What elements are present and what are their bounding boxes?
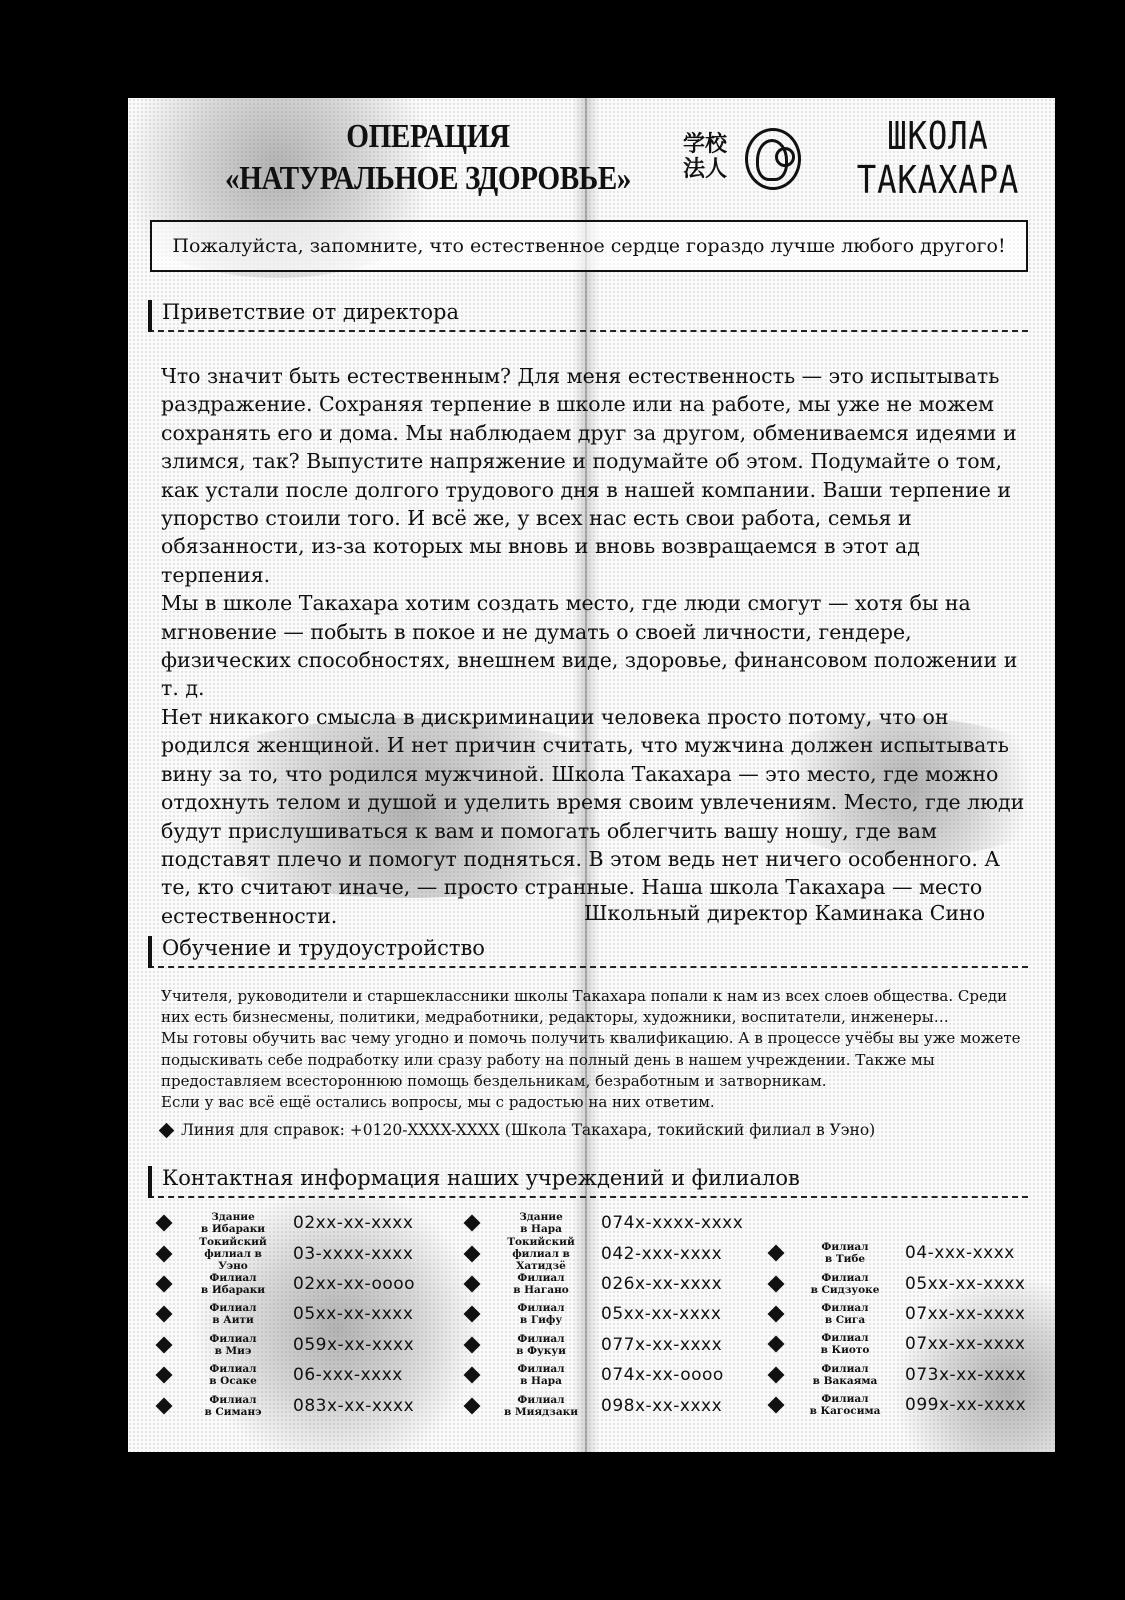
- branch-name: Филиалв Симанэ: [191, 1394, 275, 1418]
- branch-name-line2: в Ибараки: [191, 1284, 275, 1296]
- branch-name-line1: Филиал: [191, 1272, 275, 1284]
- greeting-paragraph: Нет никакого смысла в дискриминации чело…: [161, 703, 1031, 930]
- branch-name-line1: Токийский: [499, 1236, 583, 1248]
- branch-name-line1: Филиал: [803, 1363, 887, 1375]
- branch-name-line2: в Сига: [803, 1314, 887, 1326]
- branch-phone: 098x-xx-xxxx: [601, 1396, 722, 1416]
- branch-phone: 07xx-xx-xxxx: [905, 1304, 1025, 1324]
- branch-name-line1: Филиал: [191, 1302, 275, 1314]
- branch-name-line1: Филиал: [803, 1241, 887, 1253]
- contact-row: Филиалв Сига07xx-xx-xxxx: [762, 1299, 1055, 1329]
- branch-phone: 02xx-xx-oooo: [293, 1274, 415, 1294]
- branch-name-line2: в Миядзаки: [499, 1406, 583, 1418]
- branch-name-line1: Филиал: [803, 1332, 887, 1344]
- diamond-bullet-icon: [156, 1245, 173, 1262]
- branch-phone: 074x-xxxx-xxxx: [601, 1213, 743, 1233]
- branch-name-line1: Филиал: [499, 1394, 583, 1406]
- branch-phone: 04-xxx-xxxx: [905, 1243, 1015, 1263]
- branch-phone: 03-xxxx-xxxx: [293, 1244, 413, 1264]
- greeting-paragraph: Что значит быть естественным? Для меня е…: [161, 362, 1031, 589]
- branch-name: Токийскийфилиал в Уэно: [191, 1236, 275, 1272]
- section-title: Приветствие от директора: [162, 300, 459, 324]
- branch-phone: 074x-xx-oooo: [601, 1365, 724, 1385]
- hotline-text: Линия для справок: +0120-XXXX-XXXX (Школ…: [181, 1121, 875, 1139]
- contact-row: Филиалв Миэ059x-xx-xxxx: [150, 1330, 450, 1360]
- branch-phone: 026x-xx-xxxx: [601, 1274, 722, 1294]
- contacts-column-2: Зданиев Нара074x-xxxx-xxxxТокийскийфилиа…: [458, 1208, 758, 1421]
- branch-name: Филиалв Гифу: [499, 1302, 583, 1326]
- branch-name-line1: Филиал: [499, 1363, 583, 1375]
- contact-row: Филиалв Миядзаки098x-xx-xxxx: [458, 1390, 758, 1420]
- diamond-bullet-icon: [464, 1306, 481, 1323]
- branch-phone: 06-xxx-xxxx: [293, 1365, 403, 1385]
- contact-row: Зданиев Нара074x-xxxx-xxxx: [458, 1208, 758, 1238]
- branch-phone: 059x-xx-xxxx: [293, 1335, 414, 1355]
- contact-row: Филиалв Симанэ083x-xx-xxxx: [150, 1390, 450, 1420]
- contact-row: Зданиев Ибараки02xx-xx-xxxx: [150, 1208, 450, 1238]
- diamond-bullet-icon: [768, 1245, 785, 1262]
- contact-row: Филиалв Аити05xx-xx-xxxx: [150, 1299, 450, 1329]
- branch-phone: 042-xxx-xxxx: [601, 1244, 722, 1264]
- branch-name: Филиалв Миэ: [191, 1333, 275, 1357]
- diamond-bullet-icon: [156, 1215, 173, 1232]
- branch-name: Филиалв Аити: [191, 1302, 275, 1326]
- section-title: Контактная информация наших учреждений и…: [162, 1166, 800, 1190]
- branch-name: Филиалв Фукуи: [499, 1333, 583, 1357]
- diamond-bullet-icon: [768, 1397, 785, 1414]
- diamond-bullet-icon: [156, 1397, 173, 1414]
- branch-name-line1: Филиал: [803, 1272, 887, 1284]
- diamond-bullet-icon: [768, 1275, 785, 1292]
- branch-phone: 05xx-xx-xxxx: [905, 1274, 1025, 1294]
- diamond-bullet-icon: [464, 1397, 481, 1414]
- education-text: Учителя, руководители и старшеклассники …: [161, 986, 1021, 1113]
- branch-name-line2: в Аити: [191, 1314, 275, 1326]
- branch-phone: 07xx-xx-xxxx: [905, 1334, 1025, 1354]
- branch-name: Филиалв Вакаяма: [803, 1363, 887, 1387]
- diamond-bullet-icon: [156, 1367, 173, 1384]
- branch-name-line1: Филиал: [803, 1393, 887, 1405]
- branch-name-line1: Филиал: [191, 1363, 275, 1375]
- branch-phone: 05xx-xx-xxxx: [293, 1304, 413, 1324]
- branch-name-line2: в Осаке: [191, 1375, 275, 1387]
- branch-name: Филиалв Киото: [803, 1332, 887, 1356]
- branch-phone: 083x-xx-xxxx: [293, 1396, 414, 1416]
- flyer-paper: ОПЕРАЦИЯ «НАТУРАЛЬНОЕ ЗДОРОВЬЕ» 学校 法人 ШК…: [128, 98, 1055, 1452]
- branch-phone: 02xx-xx-xxxx: [293, 1213, 413, 1233]
- diamond-bullet-icon: [464, 1275, 481, 1292]
- branch-name: Филиалв Нагано: [499, 1272, 583, 1296]
- branch-name-line2: в Фукуи: [499, 1345, 583, 1357]
- diamond-bullet-icon: [768, 1305, 785, 1322]
- diamond-bullet-icon: [464, 1336, 481, 1353]
- contact-row: Филиалв Киото07xx-xx-xxxx: [762, 1329, 1055, 1359]
- diamond-bullet-icon: [159, 1122, 175, 1138]
- contact-row: Филиалв Вакаяма073x-xx-xxxx: [762, 1360, 1055, 1390]
- branch-name: Филиалв Нара: [499, 1363, 583, 1387]
- branch-name-line2: в Миэ: [191, 1345, 275, 1357]
- branch-name-line1: Токийский: [191, 1236, 275, 1248]
- contact-row: Филиалв Нара074x-xx-oooo: [458, 1360, 758, 1390]
- contact-row: Филиалв Фукуи077x-xx-xxxx: [458, 1330, 758, 1360]
- diamond-bullet-icon: [156, 1306, 173, 1323]
- branch-name-line2: в Гифу: [499, 1314, 583, 1326]
- branch-name: Токийскийфилиал в Хатидзё: [499, 1236, 583, 1272]
- branch-name-line1: Филиал: [499, 1333, 583, 1345]
- branch-name-line1: Филиал: [191, 1394, 275, 1406]
- diamond-bullet-icon: [464, 1245, 481, 1262]
- director-greeting-text: Что значит быть естественным? Для меня е…: [161, 362, 1031, 930]
- branch-name-line2: в Вакаяма: [803, 1375, 887, 1387]
- section-marker: [148, 1166, 152, 1198]
- education-paragraph: Учителя, руководители и старшеклассники …: [161, 986, 1021, 1028]
- section-contacts-heading: Контактная информация наших учреждений и…: [148, 1164, 1028, 1198]
- motto-banner: Пожалуйста, запомните, что естественное …: [150, 220, 1028, 272]
- branch-name-line2: в Кагосима: [803, 1405, 887, 1417]
- diamond-bullet-icon: [768, 1366, 785, 1383]
- hotline-info: Линия для справок: +0120-XXXX-XXXX (Школ…: [158, 1121, 875, 1139]
- section-greeting-heading: Приветствие от директора: [148, 298, 1028, 332]
- branch-name: Филиалв Сига: [803, 1302, 887, 1326]
- contact-row: Филиалв Ибараки02xx-xx-oooo: [150, 1269, 450, 1299]
- branch-name-line2: в Симанэ: [191, 1406, 275, 1418]
- section-marker: [148, 936, 152, 968]
- diamond-bullet-icon: [156, 1275, 173, 1292]
- education-paragraph: Мы готовы обучить вас чему угодно и помо…: [161, 1028, 1021, 1092]
- branch-name-line1: Филиал: [191, 1333, 275, 1345]
- contacts-column-1: Зданиев Ибараки02xx-xx-xxxxТокийскийфили…: [150, 1208, 450, 1421]
- school-name-line2: ТАКАХАРА: [828, 158, 1049, 202]
- contact-row: Филиалв Гифу05xx-xx-xxxx: [458, 1299, 758, 1329]
- branch-name: Филиалв Миядзаки: [499, 1394, 583, 1418]
- campaign-title: ОПЕРАЦИЯ «НАТУРАЛЬНОЕ ЗДОРОВЬЕ»: [187, 116, 669, 200]
- branch-name-line1: Филиал: [803, 1302, 887, 1314]
- greeting-paragraph: Мы в школе Такахара хотим создать место,…: [161, 589, 1031, 703]
- section-marker: [148, 300, 152, 332]
- contact-row: Филиалв Нагано026x-xx-xxxx: [458, 1269, 758, 1299]
- branch-phone: 077x-xx-xxxx: [601, 1335, 722, 1355]
- diamond-bullet-icon: [464, 1215, 481, 1232]
- kanji-line1: 学校: [683, 132, 739, 157]
- motto-text: Пожалуйста, запомните, что естественное …: [172, 235, 1005, 257]
- diamond-bullet-icon: [768, 1336, 785, 1353]
- branch-name-line1: Филиал: [499, 1272, 583, 1284]
- branch-name-line2: в Киото: [803, 1344, 887, 1356]
- contact-row: Филиалв Тибе04-xxx-xxxx: [762, 1238, 1055, 1268]
- contact-row: Токийскийфилиал в Уэно03-xxxx-xxxx: [150, 1238, 450, 1268]
- section-title: Обучение и трудоустройство: [162, 936, 485, 960]
- kanji-line2: 法人: [683, 157, 739, 182]
- branch-name-line1: Здание: [191, 1211, 275, 1223]
- school-seal-icon: [745, 128, 801, 190]
- branch-name-line2: в Нара: [499, 1375, 583, 1387]
- branch-phone: 099x-xx-xxxx: [905, 1395, 1026, 1415]
- branch-name: Филиалв Кагосима: [803, 1393, 887, 1417]
- contact-row: Филиалв Сидзуоке05xx-xx-xxxx: [762, 1268, 1055, 1298]
- branch-name-line2: в Ибараки: [191, 1223, 275, 1235]
- branch-name-line2: в Нагано: [499, 1284, 583, 1296]
- school-name-line1: ШКОЛА: [828, 114, 1049, 158]
- contacts-column-3: Филиалв Тибе04-xxx-xxxxФилиалв Сидзуоке0…: [762, 1238, 1055, 1420]
- branch-name: Филиалв Ибараки: [191, 1272, 275, 1296]
- school-name: ШКОЛА ТАКАХАРА: [828, 114, 1049, 202]
- branch-phone: 073x-xx-xxxx: [905, 1365, 1026, 1385]
- campaign-title-line2: «НАТУРАЛЬНОЕ ЗДОРОВЬЕ»: [187, 158, 669, 200]
- contact-row: Филиалв Осаке06-xxx-xxxx: [150, 1360, 450, 1390]
- director-signature: Школьный директор Каминака Сино: [584, 901, 985, 925]
- branch-name: Филиалв Сидзуоке: [803, 1272, 887, 1296]
- branch-name: Зданиев Нара: [499, 1211, 583, 1235]
- education-paragraph: Если у вас всё ещё остались вопросы, мы …: [161, 1092, 1021, 1113]
- diamond-bullet-icon: [464, 1367, 481, 1384]
- branch-name: Зданиев Ибараки: [191, 1211, 275, 1235]
- section-education-heading: Обучение и трудоустройство: [148, 934, 1028, 968]
- branch-phone: 05xx-xx-xxxx: [601, 1304, 721, 1324]
- campaign-title-line1: ОПЕРАЦИЯ: [187, 116, 669, 158]
- contact-row: Филиалв Кагосима099x-xx-xxxx: [762, 1390, 1055, 1420]
- diamond-bullet-icon: [156, 1336, 173, 1353]
- branch-name: Филиалв Тибе: [803, 1241, 887, 1265]
- branch-name-line2: в Тибе: [803, 1253, 887, 1265]
- branch-name-line1: Филиал: [499, 1302, 583, 1314]
- branch-name-line2: в Нара: [499, 1223, 583, 1235]
- branch-name: Филиалв Осаке: [191, 1363, 275, 1387]
- branch-name-line1: Здание: [499, 1211, 583, 1223]
- contacts-grid: Зданиев Ибараки02xx-xx-xxxxТокийскийфили…: [150, 1208, 1050, 1428]
- school-corporation-kanji: 学校 法人: [683, 132, 739, 182]
- branch-name-line2: в Сидзуоке: [803, 1284, 887, 1296]
- contact-row: Токийскийфилиал в Хатидзё042-xxx-xxxx: [458, 1238, 758, 1268]
